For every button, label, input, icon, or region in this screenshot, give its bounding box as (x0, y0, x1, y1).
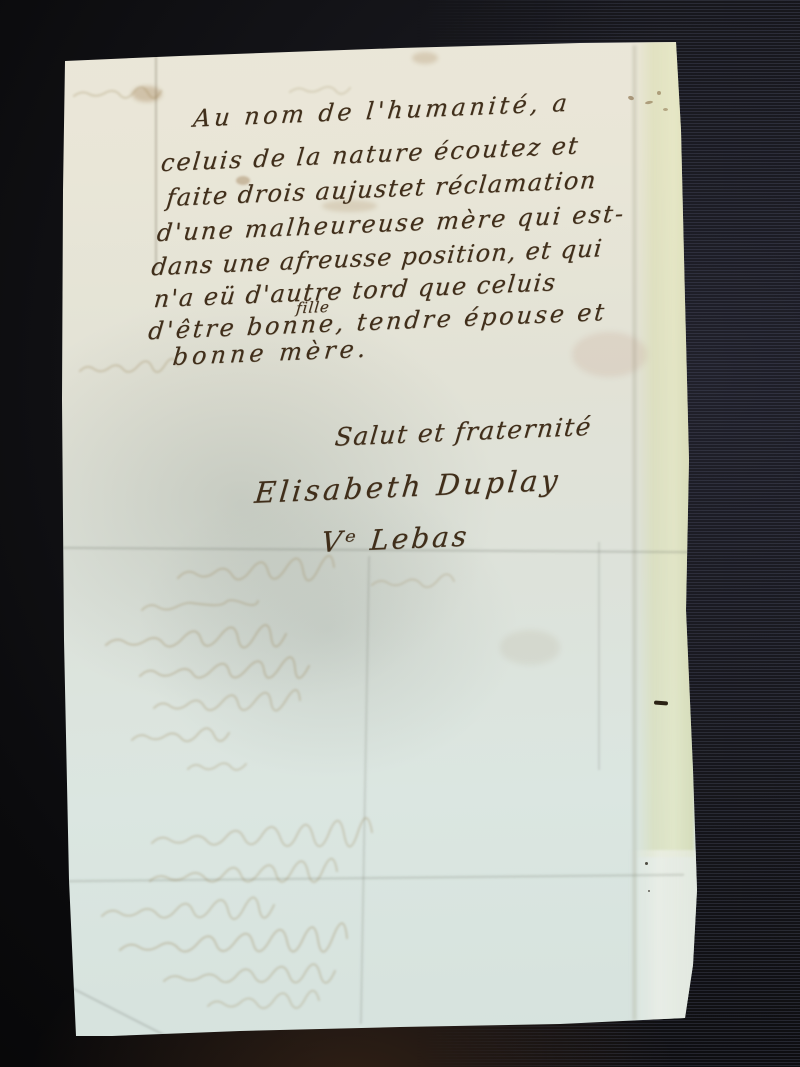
handwriting-layer: Au nom de l'humanité, a celuis de la nat… (0, 0, 800, 1067)
signature-title: Vᵉ Lebas (320, 520, 471, 559)
photo-background: Au nom de l'humanité, a celuis de la nat… (0, 0, 800, 1067)
handwritten-line: Au nom de l'humanité, a (192, 89, 572, 133)
closing-formula: Salut et fraternité (333, 412, 593, 452)
interline-insertion: fille (295, 298, 331, 318)
letter-paper: Au nom de l'humanité, a celuis de la nat… (0, 0, 800, 1067)
signature-name: Elisabeth Duplay (253, 463, 563, 510)
